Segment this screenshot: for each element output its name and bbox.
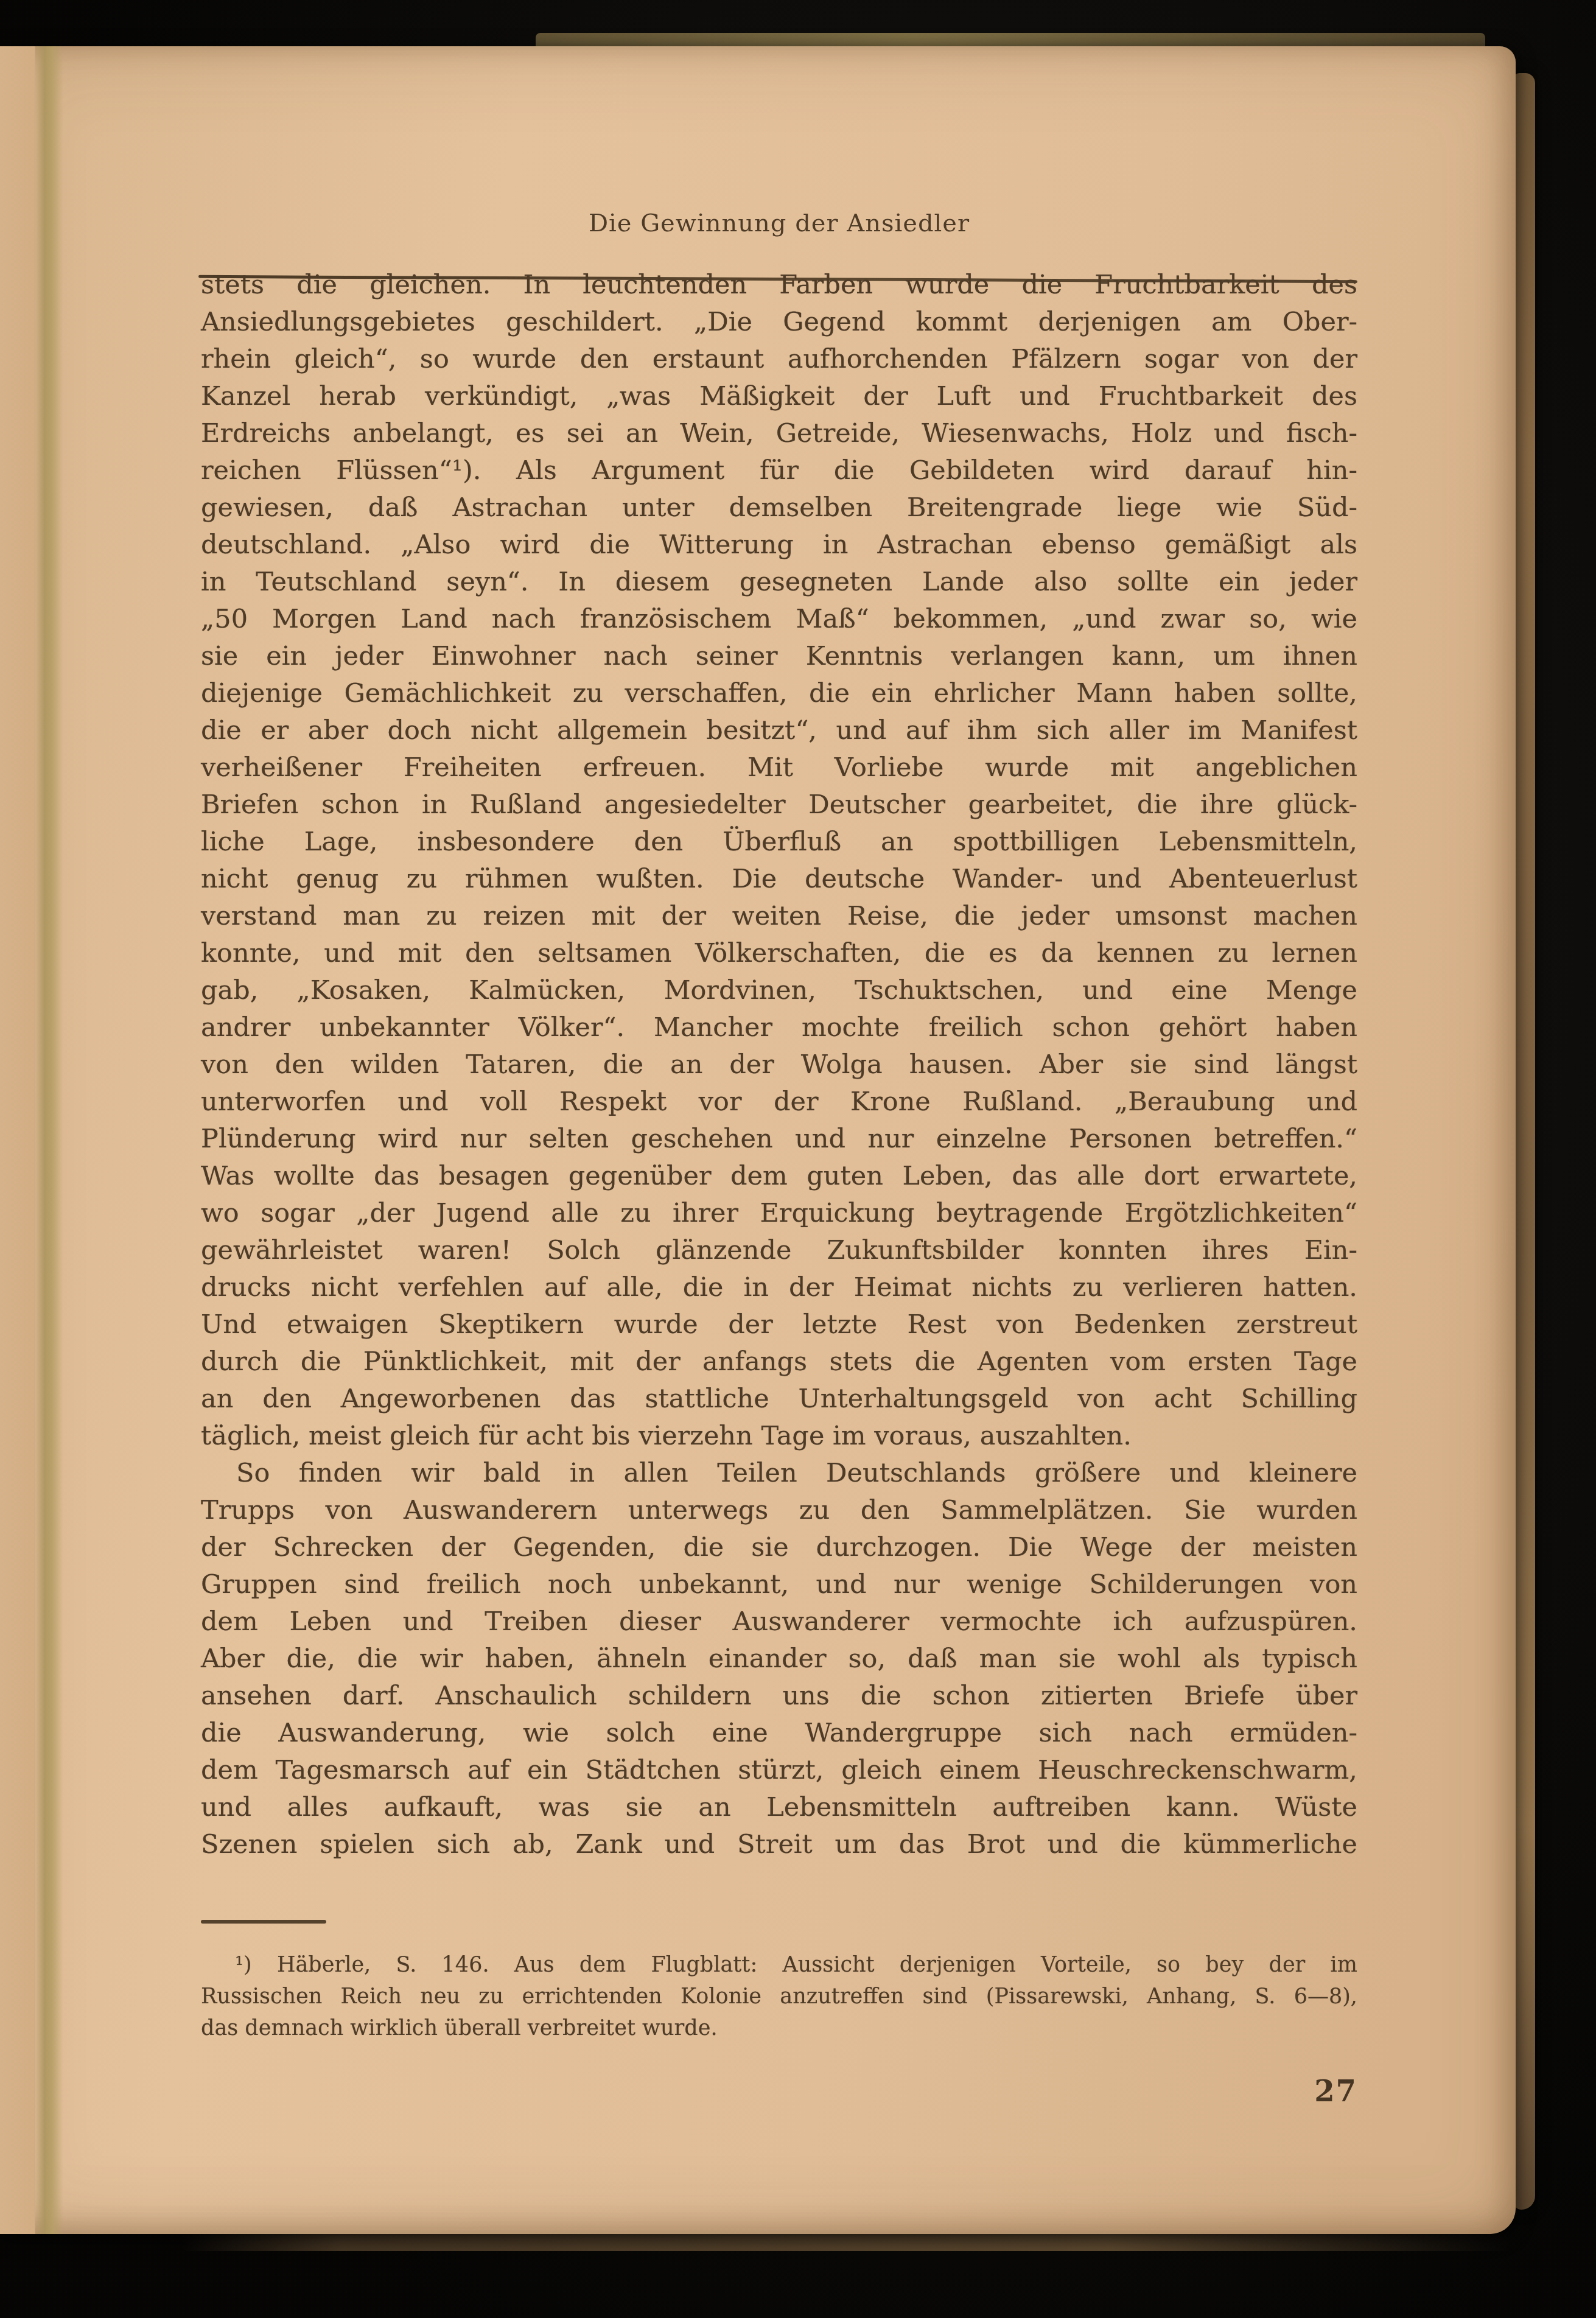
- body-text-line: Gruppen sind freilich noch unbekannt, un…: [201, 1566, 1357, 1603]
- body-text-line: die er aber doch nicht allgemein besitzt…: [201, 712, 1357, 749]
- body-text-line: durch die Pünktlichkeit, mit der anfangs…: [201, 1343, 1357, 1381]
- body-text-line: Was wollte das besagen gegenüber dem gut…: [201, 1158, 1357, 1195]
- body-text-line: andrer unbekannter Völker“. Mancher moch…: [201, 1009, 1357, 1046]
- body-text-line: die Auswanderung, wie solch eine Wanderg…: [201, 1715, 1357, 1752]
- book-pages-right-edge: [1513, 73, 1535, 2210]
- body-text-line: dem Leben und Treiben dieser Auswanderer…: [201, 1603, 1357, 1640]
- body-text-line: Plünderung wird nur selten geschehen und…: [201, 1121, 1357, 1158]
- body-text-line: deutschland. „Also wird die Witterung in…: [201, 527, 1357, 564]
- body-text-line: der Schrecken der Gegenden, die sie durc…: [201, 1529, 1357, 1566]
- body-text-line: Kanzel herab verkündigt, „was Mäßigkeit …: [201, 378, 1357, 415]
- body-text-line: in Teutschland seyn“. In diesem gesegnet…: [201, 564, 1357, 601]
- body-text-line: Ansiedlungsgebietes geschildert. „Die Ge…: [201, 304, 1357, 341]
- body-text-line: konnte, und mit den seltsamen Völkerscha…: [201, 935, 1357, 972]
- body-text-line: Briefen schon in Rußland angesiedelter D…: [201, 786, 1357, 824]
- body-text-line: liche Lage, insbesondere den Überfluß an…: [201, 824, 1357, 861]
- page-gutter-sliver: [0, 46, 35, 2234]
- body-text-line: rhein gleich“, so wurde den erstaunt auf…: [201, 341, 1357, 378]
- body-text-line: verheißener Freiheiten erfreuen. Mit Vor…: [201, 749, 1357, 786]
- body-text-line: sie ein jeder Einwohner nach seiner Kenn…: [201, 638, 1357, 675]
- body-text-line: stets die gleichen. In leuchtenden Farbe…: [201, 267, 1357, 304]
- body-text-line: wo sogar „der Jugend alle zu ihrer Erqui…: [201, 1195, 1357, 1232]
- body-text-line: gewährleistet waren! Solch glänzende Zuk…: [201, 1232, 1357, 1269]
- body-text-line: Und etwaigen Skeptikern wurde der letzte…: [201, 1306, 1357, 1343]
- footnote-separator: [201, 1920, 326, 1924]
- body-text-line: nicht genug zu rühmen wußten. Die deutsc…: [201, 861, 1357, 898]
- body-text: stets die gleichen. In leuchtenden Farbe…: [201, 267, 1357, 1863]
- body-text-line: unterworfen und voll Respekt vor der Kro…: [201, 1084, 1357, 1121]
- running-head: Die Gewinnung der Ansiedler: [201, 209, 1357, 237]
- body-text-line: Aber die, die wir haben, ähneln einander…: [201, 1640, 1357, 1678]
- photo-background: Die Gewinnung der Ansiedler stets die gl…: [0, 0, 1596, 2318]
- body-text-line: von den wilden Tataren, die an der Wolga…: [201, 1046, 1357, 1084]
- body-text-line: reichen Flüssen“¹). Als Argument für die…: [201, 452, 1357, 489]
- body-text-line: täglich, meist gleich für acht bis vierz…: [201, 1418, 1357, 1455]
- body-text-line: diejenige Gemächlichkeit zu verschaffen,…: [201, 675, 1357, 712]
- page-gutter-shadow: [34, 46, 63, 2234]
- body-text-line: Trupps von Auswanderern unterwegs zu den…: [201, 1492, 1357, 1529]
- body-text-line: gewiesen, daß Astrachan unter demselben …: [201, 489, 1357, 527]
- body-text-line: So finden wir bald in allen Teilen Deuts…: [201, 1455, 1357, 1492]
- body-text-line: Erdreichs anbelangt, es sei an Wein, Get…: [201, 415, 1357, 452]
- footnote-line: ¹) Häberle, S. 146. Aus dem Flugblatt: A…: [201, 1949, 1357, 1981]
- body-text-line: und alles aufkauft, was sie an Lebensmit…: [201, 1789, 1357, 1826]
- body-text-line: Szenen spielen sich ab, Zank und Streit …: [201, 1826, 1357, 1863]
- body-text-line: drucks nicht verfehlen auf alle, die in …: [201, 1269, 1357, 1306]
- book-cover-bottom-edge: [183, 2233, 1510, 2251]
- body-text-line: verstand man zu reizen mit der weiten Re…: [201, 898, 1357, 935]
- body-text-line: „50 Morgen Land nach französischem Maß“ …: [201, 601, 1357, 638]
- body-text-line: gab, „Kosaken, Kalmücken, Mordvinen, Tsc…: [201, 972, 1357, 1009]
- body-text-line: ansehen darf. Anschaulich schildern uns …: [201, 1678, 1357, 1715]
- footnote-line: Russischen Reich neu zu errichtenden Kol…: [201, 1981, 1357, 2012]
- body-text-line: an den Angeworbenen das stattliche Unter…: [201, 1381, 1357, 1418]
- body-text-line: dem Tagesmarsch auf ein Städtchen stürzt…: [201, 1752, 1357, 1789]
- footnote-line: das demnach wirklich überall verbreitet …: [201, 2012, 1357, 2044]
- page-number: 27: [201, 2075, 1357, 2109]
- book-page: Die Gewinnung der Ansiedler stets die gl…: [0, 46, 1516, 2234]
- footnote-text: ¹) Häberle, S. 146. Aus dem Flugblatt: A…: [201, 1949, 1357, 2044]
